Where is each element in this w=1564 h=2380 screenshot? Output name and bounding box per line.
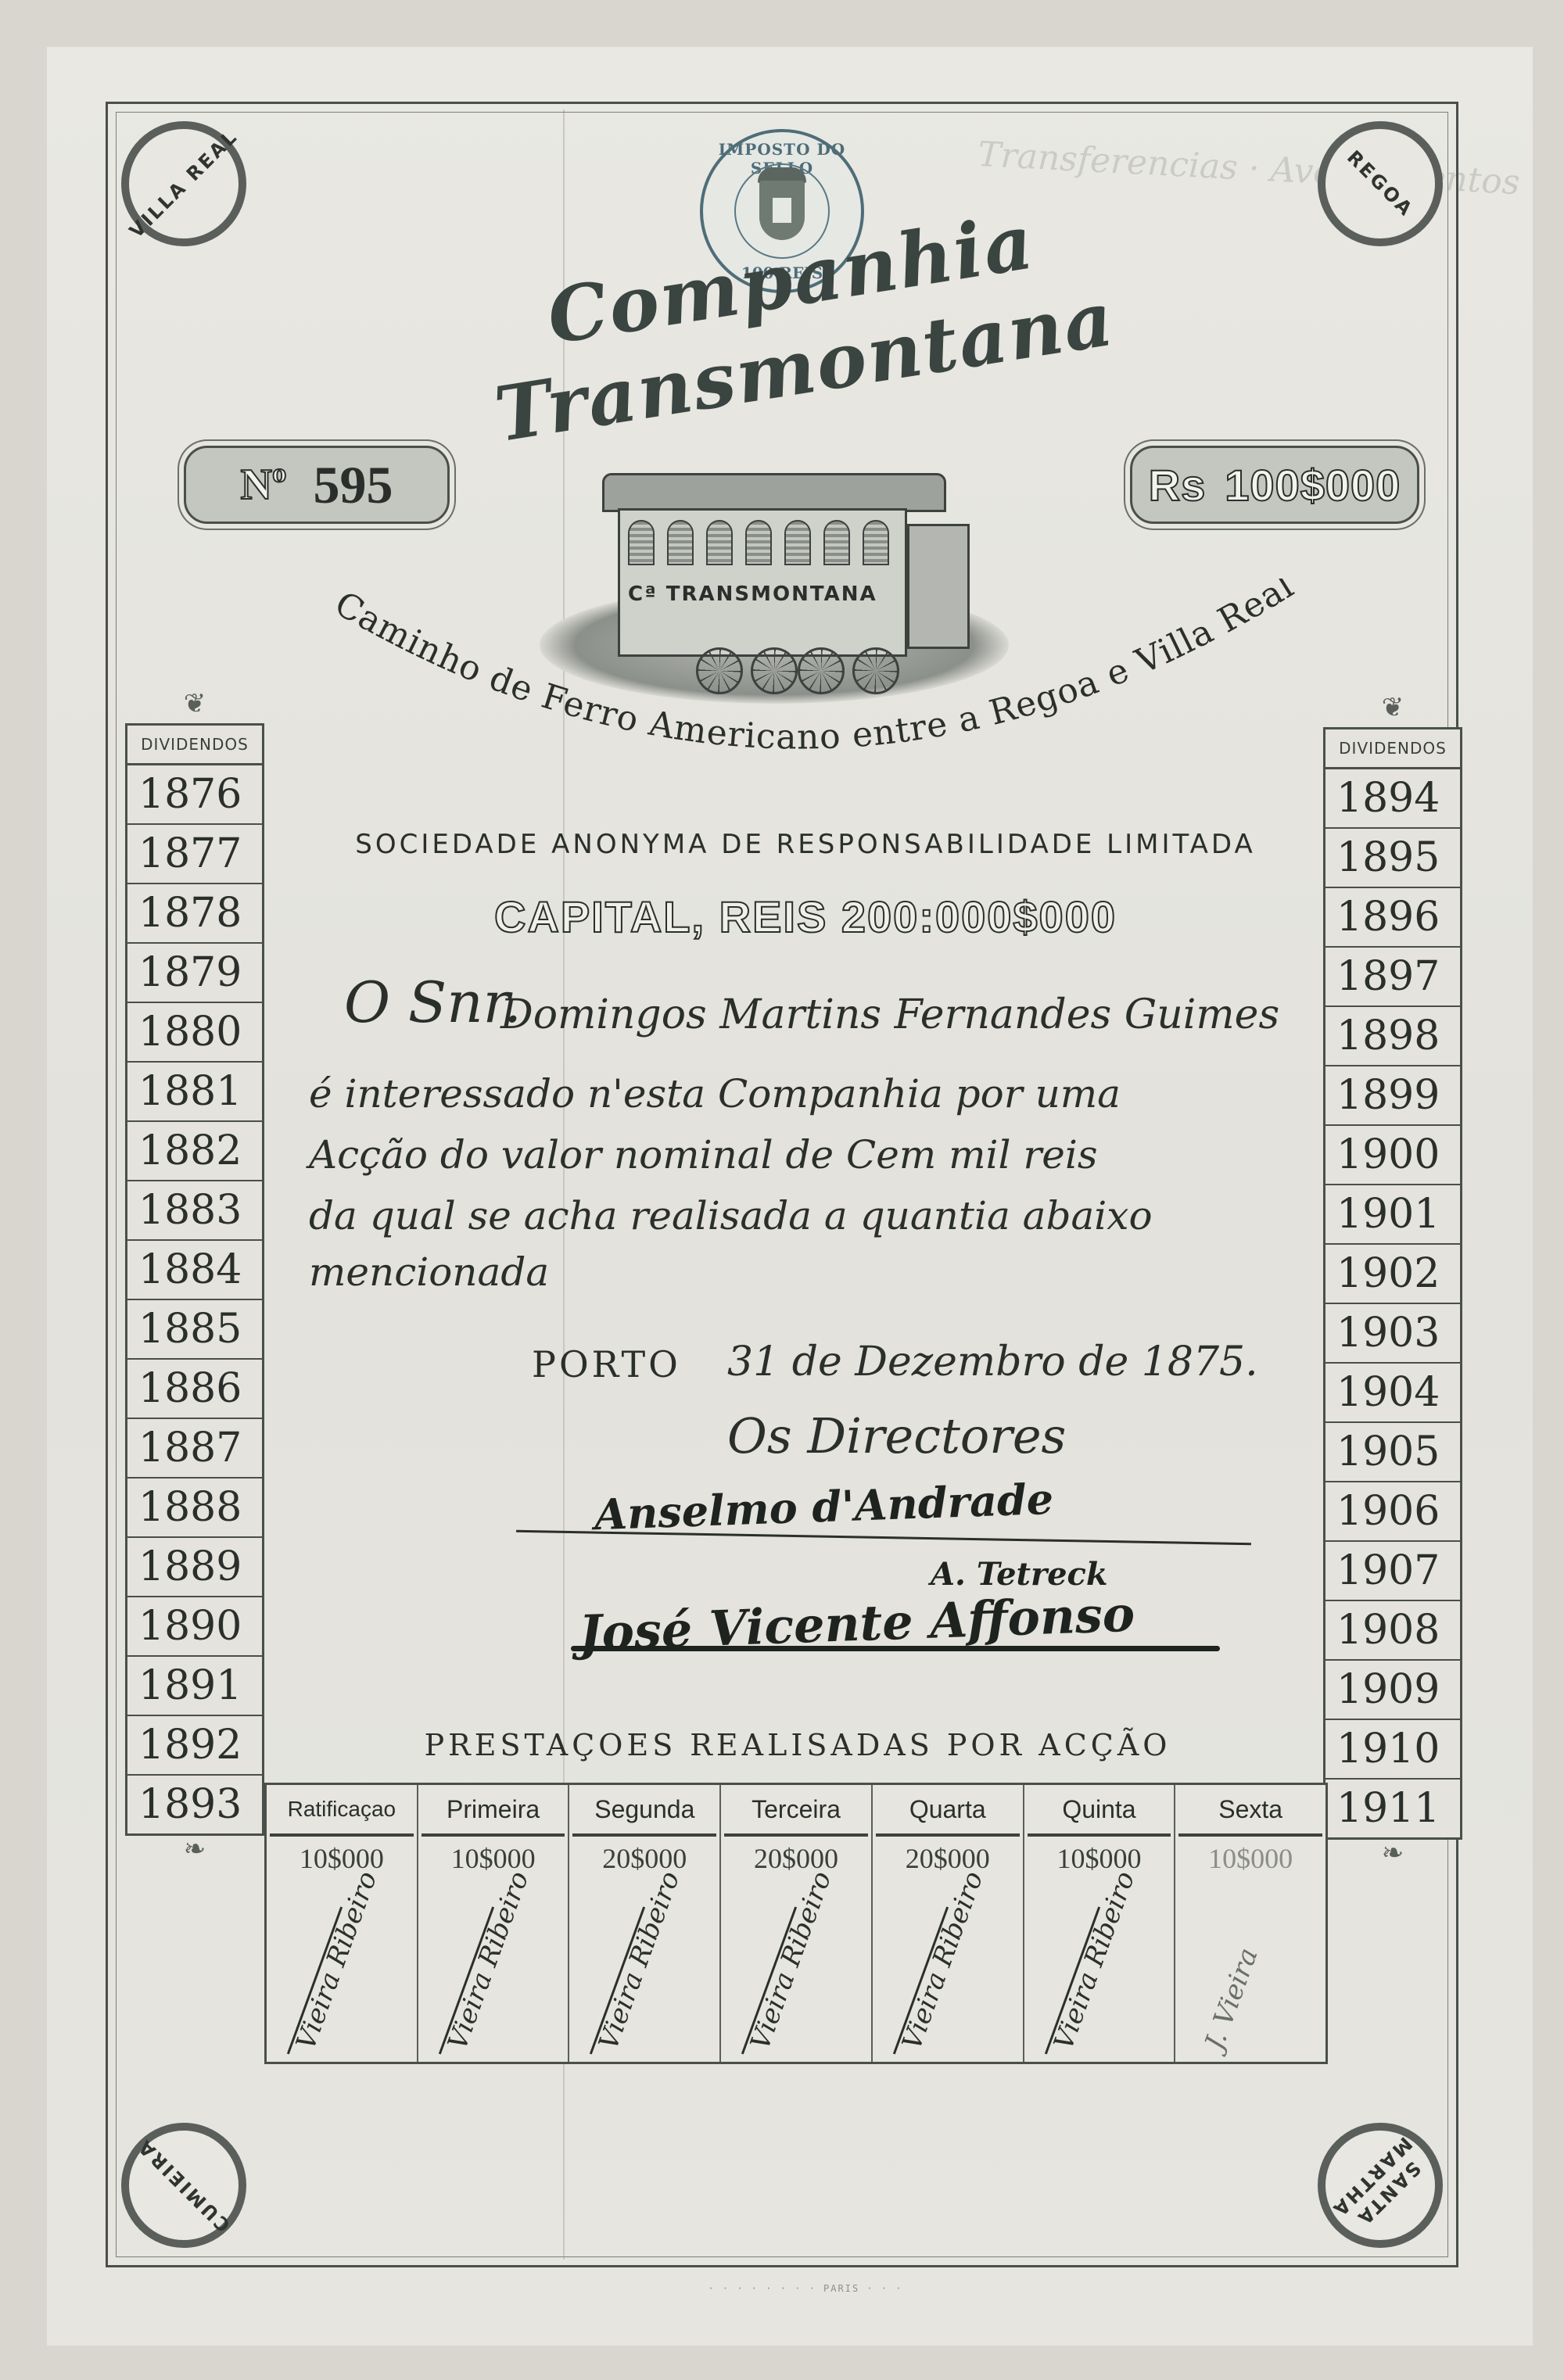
installment-label: Quinta [1028, 1785, 1171, 1837]
window-icon [823, 520, 850, 565]
dividend-year: 1879 [127, 944, 262, 1003]
installment-signature: Vieira Ribeiro [896, 1867, 989, 2053]
dividends-column-left: DIVIDENDOS 1876 1877 1878 1879 1880 1881… [125, 723, 264, 1836]
installments-table: Ratificaçao 10$000 Vieira Ribeiro Primei… [264, 1783, 1328, 2064]
dividends-header: DIVIDENDOS [127, 726, 262, 765]
ornament-finial-icon: ❧ [125, 1833, 264, 1865]
issue-date: 31 de Dezembro de 1875. [727, 1339, 1258, 1385]
corner-medallion-top-left: VILLA REAL [94, 94, 274, 274]
dividend-year: 1884 [127, 1241, 262, 1300]
dividend-year: 1900 [1325, 1126, 1460, 1185]
directors-label: Os Directores [727, 1407, 1066, 1464]
dividend-year: 1908 [1325, 1601, 1460, 1661]
installment-signature: Vieira Ribeiro [290, 1867, 383, 2053]
tram-roof [602, 473, 946, 512]
installment-value: 10$000 [1175, 1837, 1325, 1880]
ornament-finial-icon: ❦ [1323, 692, 1462, 723]
window-icon [667, 520, 694, 565]
holder-name: Domingos Martins Fernandes Guimes [500, 991, 1279, 1038]
dividend-year: 1906 [1325, 1482, 1460, 1542]
window-icon [784, 520, 811, 565]
dividend-year: 1880 [127, 1003, 262, 1063]
installment-value: 20$000 [873, 1837, 1023, 1880]
installment-value: 20$000 [569, 1837, 719, 1880]
dividend-year: 1911 [1325, 1780, 1460, 1837]
dividend-year: 1895 [1325, 829, 1460, 888]
number-prefix: Nº [241, 460, 287, 510]
dividend-year: 1877 [127, 825, 262, 884]
body-line-2: Acção do valor nominal de Cem mil reis [309, 1132, 1098, 1177]
subtitle-text: Caminho de Ferro Americano entre a Regoa… [328, 579, 1300, 758]
salutation: O Snr. [344, 970, 522, 1035]
body-line-1: é interessado n'esta Companhia por uma [309, 1071, 1121, 1117]
installment-column: Quinta 10$000 Vieira Ribeiro [1024, 1785, 1176, 2062]
corner-medallion-bottom-left: CUMIEIRA [94, 2095, 274, 2275]
corner-label: REGOA [1253, 56, 1507, 310]
face-value-cartouche: Rs 100$000 [1130, 446, 1419, 524]
installment-column: Segunda 20$000 Vieira Ribeiro [569, 1785, 721, 2062]
installment-label: Sexta [1178, 1785, 1322, 1837]
installment-column: Sexta 10$000 J. Vieira [1175, 1785, 1325, 2062]
dividend-year: 1887 [127, 1419, 262, 1479]
installment-signature: Vieira Ribeiro [593, 1867, 686, 2053]
curved-subtitle: Caminho de Ferro Americano entre a Regoa… [297, 579, 1314, 813]
installment-value: 10$000 [267, 1837, 417, 1880]
dividend-year: 1910 [1325, 1720, 1460, 1780]
face-value: 100$000 [1225, 460, 1401, 511]
corner-medallion-bottom-right: SANTA MARTHA [1290, 2095, 1470, 2275]
installment-label: Ratificaçao [270, 1785, 414, 1837]
society-line: SOCIEDADE ANONYMA DE RESPONSABILIDADE LI… [336, 829, 1275, 860]
dividend-year: 1904 [1325, 1364, 1460, 1423]
corner-label: CUMIEIRA [56, 2058, 310, 2312]
installment-signature: Vieira Ribeiro [1048, 1867, 1141, 2053]
installments-title: PRESTAÇOES REALISADAS POR ACÇÃO [266, 1728, 1329, 1762]
dividend-year: 1883 [127, 1181, 262, 1241]
corner-medallion-top-right: REGOA [1290, 94, 1470, 274]
dividend-year: 1876 [127, 765, 262, 825]
dividend-year: 1901 [1325, 1185, 1460, 1245]
installment-label: Segunda [572, 1785, 716, 1837]
dividend-year: 1894 [1325, 769, 1460, 829]
window-icon [863, 520, 889, 565]
dividend-year: 1881 [127, 1063, 262, 1122]
corner-label: SANTA MARTHA [1253, 2058, 1507, 2312]
installment-column: Ratificaçao 10$000 Vieira Ribeiro [267, 1785, 418, 2062]
installment-column: Primeira 10$000 Vieira Ribeiro [418, 1785, 570, 2062]
dividend-year: 1892 [127, 1716, 262, 1776]
dividend-year: 1896 [1325, 888, 1460, 948]
dividend-year: 1899 [1325, 1066, 1460, 1126]
dividend-year: 1902 [1325, 1245, 1460, 1304]
dividend-year: 1886 [127, 1360, 262, 1419]
shield-icon [773, 198, 791, 223]
body-line-3: da qual se acha realisada a quantia abai… [309, 1193, 1153, 1238]
place: PORTO [532, 1343, 681, 1385]
dividend-year: 1888 [127, 1479, 262, 1538]
dividend-year: 1890 [127, 1597, 262, 1657]
dividend-year: 1907 [1325, 1542, 1460, 1601]
certificate-number-cartouche: Nº 595 [184, 446, 450, 524]
dividend-year: 1897 [1325, 948, 1460, 1007]
installment-label: Quarta [876, 1785, 1020, 1837]
certificate-number: 595 [313, 454, 393, 516]
dividend-year: 1889 [127, 1538, 262, 1597]
ornament-finial-icon: ❧ [1323, 1837, 1462, 1869]
window-icon [628, 520, 655, 565]
window-icon [706, 520, 733, 565]
face-value-prefix: Rs [1149, 460, 1207, 511]
dividend-year: 1893 [127, 1776, 262, 1833]
signature-underline-bold [571, 1646, 1220, 1651]
installment-signature: Vieira Ribeiro [442, 1867, 535, 2053]
ornament-finial-icon: ❦ [125, 688, 264, 719]
installment-value: 10$000 [1024, 1837, 1175, 1880]
installment-label: Primeira [421, 1785, 565, 1837]
installment-label: Terceira [724, 1785, 868, 1837]
dividend-year: 1885 [127, 1300, 262, 1360]
printer-imprint: · · · · · · · · PARIS · · · [688, 2283, 923, 2294]
installment-column: Terceira 20$000 Vieira Ribeiro [721, 1785, 873, 2062]
dividend-year: 1878 [127, 884, 262, 944]
dividend-year: 1905 [1325, 1423, 1460, 1482]
body-line-4: mencionada [309, 1249, 549, 1295]
installment-signature: Vieira Ribeiro [744, 1867, 838, 2053]
dividend-year: 1882 [127, 1122, 262, 1181]
capital-line: CAPITAL, REIS 200:000$000 [336, 891, 1275, 942]
dividend-year: 1891 [127, 1657, 262, 1716]
installment-column: Quarta 20$000 Vieira Ribeiro [873, 1785, 1024, 2062]
installment-value: 20$000 [721, 1837, 871, 1880]
dividend-year: 1909 [1325, 1661, 1460, 1720]
dividends-header: DIVIDENDOS [1325, 729, 1460, 769]
installment-signature: J. Vieira [1199, 1944, 1264, 2054]
installment-value: 10$000 [418, 1837, 569, 1880]
coat-of-arms-icon [759, 181, 805, 240]
corner-label: VILLA REAL [56, 56, 310, 310]
dividend-year: 1903 [1325, 1304, 1460, 1364]
window-icon [745, 520, 772, 565]
svg-text:Caminho de Ferro Americano ent: Caminho de Ferro Americano entre a Regoa… [328, 579, 1300, 758]
dividend-year: 1898 [1325, 1007, 1460, 1066]
dividends-column-right: DIVIDENDOS 1894 1895 1896 1897 1898 1899… [1323, 727, 1462, 1840]
